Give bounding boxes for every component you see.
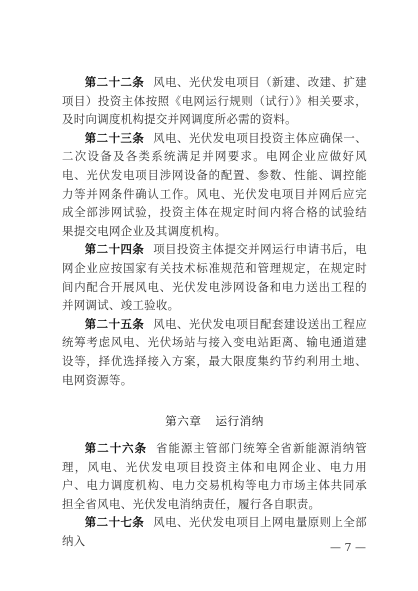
page-number: — 7 — (330, 541, 366, 554)
article-24: 第二十四条项目投资主体提交并网运行申请书后，电网企业应按国家有关技术标准规范和管… (62, 240, 367, 314)
chapter-heading: 第六章运行消纳 (62, 413, 367, 429)
article-26: 第二十六条省能源主管部门统筹全省新能源消纳管理，风电、光伏发电项目投资主体和电网… (62, 439, 367, 513)
article-label: 第二十四条 (85, 242, 144, 256)
article-label: 第二十六条 (85, 441, 147, 455)
article-23: 第二十三条风电、光伏发电项目投资主体应确保一、二次设备及各类系统满足并网要求。电… (62, 129, 367, 241)
article-label: 第二十七条 (85, 515, 144, 529)
article-text: 风电、光伏发电项目投资主体应确保一、二次设备及各类系统满足并网要求。电网企业应做… (62, 131, 367, 238)
article-label: 第二十二条 (85, 75, 144, 89)
article-22: 第二十二条风电、光伏发电项目（新建、改建、扩建项目）投资主体按照《电网运行规则（… (62, 73, 367, 129)
document-page: 第二十二条风电、光伏发电项目（新建、改建、扩建项目）投资主体按照《电网运行规则（… (62, 73, 367, 551)
article-label: 第二十五条 (85, 317, 144, 331)
article-27: 第二十七条风电、光伏发电项目上网电量原则上全部纳入 (62, 513, 367, 550)
article-25: 第二十五条风电、光伏发电项目配套建设送出工程应统筹考虑风电、光伏场站与接入变电站… (62, 315, 367, 389)
article-label: 第二十三条 (85, 131, 144, 145)
chapter-title: 运行消纳 (215, 414, 263, 428)
chapter-number: 第六章 (165, 414, 201, 428)
